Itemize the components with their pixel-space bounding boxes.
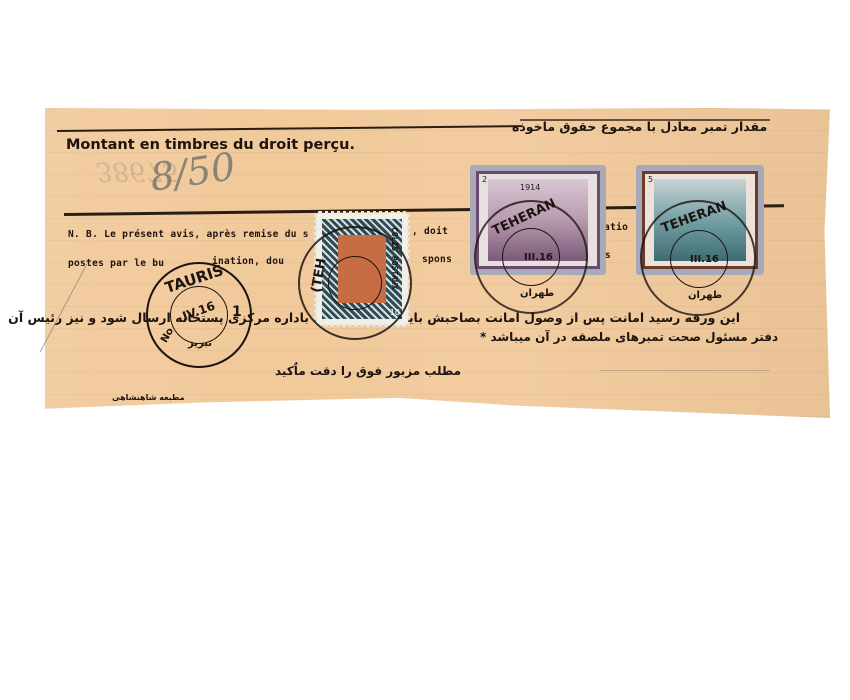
notice-line-2-mid: ination, dou (212, 256, 284, 267)
teheran-cancel-1: TEHERAN III.16 طهران (474, 200, 588, 314)
teheran-cancel-3: (TEH (298, 226, 412, 340)
teheran-cancel-2-date: III.16 (690, 254, 719, 265)
printer-imprint: مطبعه شاهنشاهی (112, 393, 185, 402)
teheran-cancel-2-persian-city: طهران (688, 290, 722, 301)
notice-line-1-end: , doit (412, 226, 448, 237)
notice-line-2-right: spons (422, 254, 452, 265)
notice-line-2: postes par le bu (68, 258, 164, 269)
tauris-cancel: TAURIS IV.16 1 No تبریز (146, 262, 252, 368)
persian-title: مقدار تمبر معادل با مجموع حقوق ماخوذه (512, 119, 767, 134)
persian-body-line-3: مطلب مزبور فوق را دقت ماٌکید (275, 364, 461, 378)
stamp-2-year: 1914 (520, 183, 540, 192)
teheran-cancel-1-date: III.16 (524, 252, 553, 263)
tauris-cancel-number: 1 (232, 304, 242, 320)
teheran-cancel-3-inner (328, 256, 382, 310)
tauris-cancel-persian-city: تبریز (188, 338, 212, 349)
teheran-cancel-3-city: (TEH (309, 257, 330, 294)
teheran-cancel-1-persian-city: طهران (520, 288, 554, 299)
stamp-2-denomination: 2 (482, 175, 487, 184)
stamp-3-denomination: 5 (648, 175, 653, 184)
teheran-cancel-2: TEHERAN III.16 طهران (640, 200, 756, 316)
notice-line-1: N. B. Le présent avis, après remise du s (68, 229, 309, 240)
